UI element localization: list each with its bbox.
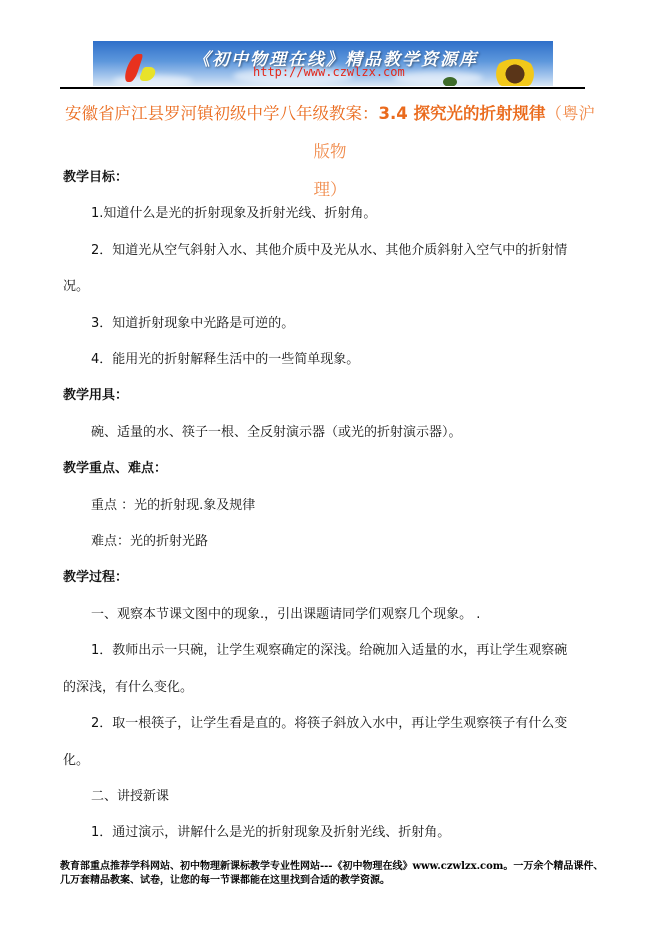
process-item-cont: 化。 <box>63 743 593 779</box>
process-item: 1．教师出示一只碗，让学生观察确定的深浅。给碗加入适量的水，再让学生观察碗 <box>63 633 593 669</box>
header-banner: 《初中物理在线》精品教学资源库 http://www.czwlzx.com <box>93 41 553 86</box>
page-footer: 教育部重点推荐学科网站、初中物理新课标教学专业性网站---《初中物理在线》www… <box>60 860 605 888</box>
title-school: 安徽省庐江县罗河镇初级中学八年级教案： <box>65 104 379 123</box>
process-item: 2．取一根筷子，让学生看是直的。将筷子斜放入水中，再让学生观察筷子有什么变 <box>63 706 593 742</box>
process-item: 1．通过演示，讲解什么是光的折射现象及折射光线、折射角。 <box>63 815 593 851</box>
header-rule <box>60 87 585 89</box>
keypoints-heading: 教学重点、难点： <box>63 451 593 487</box>
tools-heading: 教学用具： <box>63 378 593 414</box>
objective-item: 4．能用光的折射解释生活中的一些简单现象。 <box>63 342 593 378</box>
tools-text: 碗、适量的水、筷子一根、全反射演示器（或光的折射演示器）。 <box>63 415 593 451</box>
objectives-heading: 教学目标： <box>63 160 593 196</box>
process-item: 一、观察本节课文图中的现象.，引出课题请同学们观察几个现象。 . <box>63 597 593 633</box>
objective-item: 3．知道折射现象中光路是可逆的。 <box>63 306 593 342</box>
footer-line: 教育部重点推荐学科网站、初中物理新课标教学专业性网站---《初中物理在线》www… <box>60 860 605 874</box>
banner-url: http://www.czwlzx.com <box>253 65 405 79</box>
title-lesson: 3.4 探究光的折射规律 <box>379 104 546 123</box>
keypoint-text: 重点 ：光的折射现.象及规律 <box>63 488 593 524</box>
process-heading: 教学过程： <box>63 560 593 596</box>
objective-item: 2．知道光从空气斜射入水、其他介质中及光从水、其他介质斜射入空气中的折射情 <box>63 233 593 269</box>
footer-line: 几万套精品教案、试卷，让您的每一节课都能在这里找到合适的教学资源。 <box>60 874 605 888</box>
objective-item: 1.知道什么是光的折射现象及折射光线、折射角。 <box>63 196 593 232</box>
cloud-decor <box>393 71 483 85</box>
sunflower-icon <box>493 59 537 86</box>
leaf-icon <box>443 77 457 86</box>
objective-item-cont: 况。 <box>63 269 593 305</box>
process-item-cont: 的深浅，有什么变化。 <box>63 670 593 706</box>
process-item: 二、讲授新课 <box>63 779 593 815</box>
document-body: 教学目标： 1.知道什么是光的折射现象及折射光线、折射角。 2．知道光从空气斜射… <box>63 160 593 852</box>
difficulty-text: 难点：光的折射光路 <box>63 524 593 560</box>
